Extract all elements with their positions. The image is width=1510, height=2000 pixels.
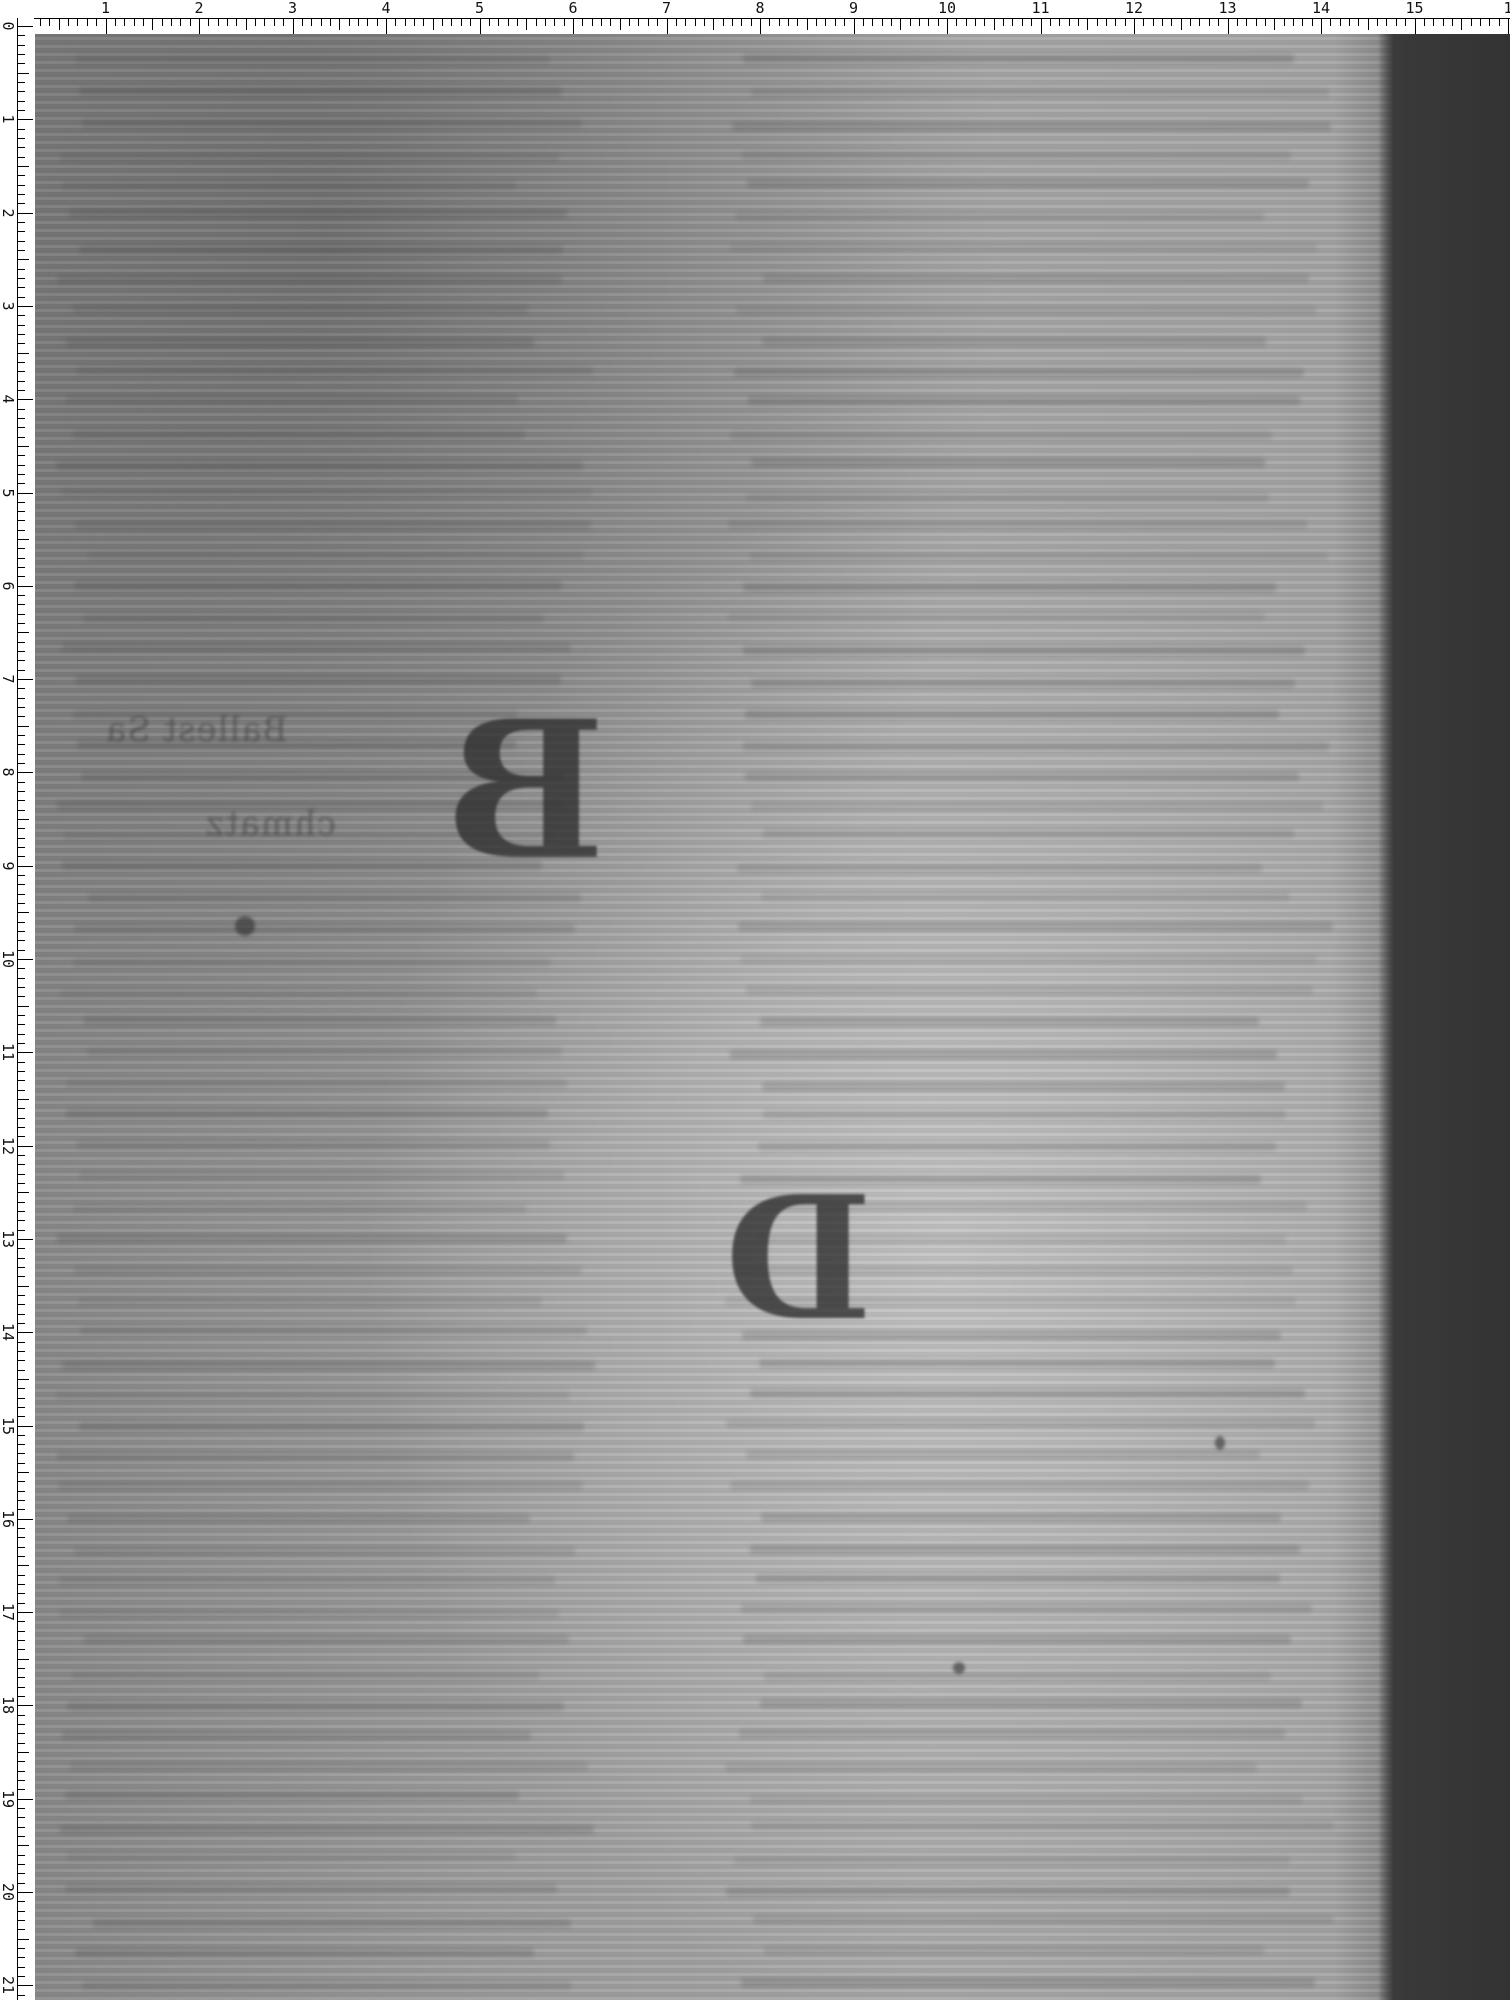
ruler-tick — [18, 1435, 25, 1436]
ruler-tick — [825, 19, 826, 26]
scanned-page: B D Ballest Sa chmatz — [35, 34, 1510, 2000]
ruler-tick — [18, 269, 25, 270]
ruler-label: 17 — [0, 1603, 16, 1621]
ruler-tick — [18, 912, 29, 913]
text-line — [734, 1856, 1290, 1865]
ruler-tick — [18, 129, 25, 130]
text-line — [60, 153, 560, 162]
ruler-label: 15 — [1405, 0, 1423, 16]
ruler-tick — [18, 558, 25, 559]
ruler-tick — [405, 19, 406, 26]
ruler-tick — [1125, 19, 1126, 26]
ruler-tick — [18, 698, 25, 699]
ruler-label: 8 — [0, 768, 16, 777]
text-line — [730, 1050, 1277, 1059]
ruler-tick — [18, 325, 25, 326]
ruler-tick — [1031, 19, 1032, 26]
ruler-tick — [657, 19, 658, 26]
ruler-tick — [18, 1239, 33, 1240]
ruler-tick — [18, 604, 25, 605]
ruler-tick — [18, 157, 25, 158]
ruler-tick — [18, 1314, 25, 1315]
ruler-tick — [508, 19, 509, 26]
ruler-tick — [18, 1901, 25, 1902]
ruler-tick — [18, 1444, 25, 1445]
ruler-tick — [1452, 19, 1453, 26]
text-line — [57, 275, 562, 284]
ruler-label: 1 — [0, 115, 16, 124]
ruler-tick — [18, 1155, 25, 1156]
ruler-tick — [480, 19, 481, 34]
text-line — [750, 1389, 1305, 1398]
text-line — [728, 520, 1307, 529]
ruler-tick — [414, 19, 415, 26]
text-line — [730, 1481, 1309, 1490]
ruler-tick — [18, 1099, 29, 1100]
text-line — [65, 1884, 557, 1893]
ruler-tick — [162, 19, 163, 26]
ruler-tick — [882, 19, 883, 26]
text-line — [751, 458, 1265, 467]
ruler-tick — [1405, 19, 1406, 26]
text-line — [728, 612, 1264, 621]
ruler-tick — [470, 19, 471, 26]
ruler-tick — [18, 203, 25, 204]
ruler-tick — [1106, 19, 1107, 26]
ruler-tick — [704, 19, 705, 26]
ruler-tick — [302, 19, 303, 26]
ruler-tick — [106, 19, 107, 34]
ruler-tick — [18, 1276, 25, 1277]
ruler-label: 8 — [755, 0, 764, 16]
text-line — [84, 1635, 569, 1644]
text-line — [80, 1326, 587, 1335]
ruler-label: 7 — [662, 0, 671, 16]
ruler-tick — [18, 147, 25, 148]
ruler-tick — [779, 19, 780, 26]
ruler-tick — [18, 800, 25, 801]
horizontal-ruler: 01234567891011121314151 — [0, 0, 1510, 34]
ruler-tick — [1461, 19, 1462, 30]
ruler-tick — [18, 1752, 29, 1753]
ruler-tick — [18, 1715, 25, 1716]
ruler-label: 6 — [568, 0, 577, 16]
text-line — [66, 1109, 548, 1118]
ruler-tick — [18, 437, 25, 438]
ruler-tick — [18, 390, 25, 391]
ruler-tick — [18, 735, 25, 736]
ruler-tick — [18, 1939, 29, 1940]
ruler-tick — [1499, 19, 1500, 26]
text-line — [732, 122, 1331, 131]
text-line — [730, 431, 1272, 440]
ruler-tick — [816, 19, 817, 26]
text-line — [74, 581, 562, 590]
text-line — [746, 1450, 1259, 1459]
ruler-tick — [461, 19, 462, 26]
text-line — [762, 337, 1266, 346]
ruler-tick — [620, 19, 621, 30]
text-line — [746, 493, 1268, 502]
ruler-tick — [18, 1230, 25, 1231]
ruler-tick — [18, 1873, 25, 1874]
ruler-tick — [18, 465, 25, 466]
ruler-tick — [1265, 19, 1266, 26]
ruler-tick — [956, 19, 957, 26]
ruler-baseline — [17, 18, 1510, 19]
ruler-tick — [18, 1034, 25, 1035]
ruler-tick — [18, 772, 33, 773]
ruler-tick — [18, 1687, 25, 1688]
ruler-tick — [536, 19, 537, 26]
ruler-tick — [18, 343, 25, 344]
text-line — [759, 1359, 1275, 1368]
ruler-tick — [1190, 19, 1191, 26]
ruler-tick — [1321, 19, 1322, 34]
text-line — [751, 802, 1322, 811]
text-line — [79, 1422, 584, 1431]
ruler-tick — [18, 623, 25, 624]
ruler-tick — [124, 19, 125, 26]
ruler-tick — [49, 19, 50, 26]
ruler-tick — [18, 1286, 29, 1287]
ruler-tick — [18, 1640, 25, 1641]
ruler-tick — [938, 19, 939, 26]
ruler-tick — [18, 231, 25, 232]
ruler-tick — [339, 19, 340, 30]
text-line — [758, 1142, 1276, 1151]
text-line — [60, 1825, 594, 1834]
ruler-tick — [208, 19, 209, 26]
ruler-tick — [18, 576, 25, 577]
ruler-tick — [667, 19, 668, 34]
ruler-label: 4 — [381, 0, 390, 16]
ruler-tick — [489, 19, 490, 26]
ruler-label: 14 — [1312, 0, 1330, 16]
text-line — [75, 55, 551, 64]
ruler-label: 10 — [0, 950, 16, 968]
text-line — [751, 679, 1295, 688]
text-line — [66, 1079, 567, 1088]
text-line — [739, 1729, 1285, 1738]
text-line — [77, 366, 593, 375]
ruler-tick — [1415, 19, 1416, 34]
ruler-tick — [18, 1537, 25, 1538]
ruler-tick — [18, 1174, 25, 1175]
ruler-tick — [18, 1043, 25, 1044]
ruler-tick — [18, 1724, 25, 1725]
ruler-tick — [18, 922, 25, 923]
ruler-tick — [18, 1398, 25, 1399]
ruler-tick — [18, 306, 33, 307]
text-line — [746, 986, 1312, 995]
text-line — [751, 1821, 1334, 1830]
ruler-label: 3 — [288, 0, 297, 16]
text-line — [726, 1419, 1316, 1428]
ruler-tick — [601, 19, 602, 26]
ruler-tick — [18, 91, 25, 92]
ruler-tick — [18, 968, 25, 969]
ruler-tick — [751, 19, 752, 26]
ruler-tick — [732, 19, 733, 26]
ruler-tick — [18, 866, 33, 867]
ruler-tick — [1134, 19, 1135, 34]
ruler-label: 7 — [0, 675, 16, 684]
text-line — [66, 338, 534, 347]
text-line — [62, 643, 570, 652]
ruler-tick — [610, 19, 611, 26]
ruler-tick — [18, 1957, 25, 1958]
ruler-tick — [59, 19, 60, 30]
ruler-tick — [18, 1911, 25, 1912]
ruler-tick — [18, 1015, 25, 1016]
ruler-tick — [18, 1845, 29, 1846]
ruler-tick — [18, 688, 25, 689]
ruler-tick — [18, 754, 25, 755]
ruler-tick — [18, 101, 25, 102]
ruler-tick — [442, 19, 443, 26]
ruler-tick — [928, 19, 929, 26]
ruler-tick — [18, 1892, 33, 1893]
ruler-tick — [554, 19, 555, 26]
ruler-tick — [330, 19, 331, 26]
ruler-tick — [18, 1108, 25, 1109]
ruler-tick — [1003, 19, 1004, 26]
ruler-tick — [18, 539, 29, 540]
ruler-tick — [18, 1248, 25, 1249]
ruler-tick — [18, 315, 25, 316]
ruler-tick — [1293, 19, 1294, 26]
ruler-tick — [18, 1323, 25, 1324]
ruler-tick — [18, 884, 25, 885]
ruler-tick — [18, 856, 25, 857]
ruler-tick — [40, 19, 41, 26]
ruler-tick — [648, 19, 649, 26]
ruler-tick — [769, 19, 770, 26]
text-line — [741, 955, 1317, 964]
text-line — [741, 1978, 1316, 1987]
ruler-label: 11 — [1031, 0, 1049, 16]
ruler-tick — [18, 474, 25, 475]
ruler-label: 1 — [101, 0, 110, 16]
ruler-tick — [18, 222, 25, 223]
ruler-tick — [18, 707, 25, 708]
ruler-tick — [18, 1631, 25, 1632]
ruler-tick — [18, 1360, 25, 1361]
ruler-tick — [863, 19, 864, 26]
ruler-tick — [1471, 19, 1472, 26]
text-line — [73, 430, 525, 439]
ruler-tick — [18, 1453, 25, 1454]
ruler-tick — [1209, 19, 1210, 26]
ruler-label: 12 — [1125, 0, 1143, 16]
ruler-tick — [18, 1332, 33, 1333]
ruler-tick — [788, 19, 789, 26]
ruler-tick — [18, 1855, 25, 1856]
ruler-tick — [966, 19, 967, 26]
ruler-tick — [18, 427, 25, 428]
ruler-label: 18 — [0, 1696, 16, 1714]
ruler-tick — [18, 1976, 25, 1977]
text-line — [743, 742, 1329, 751]
ruler-tick — [18, 399, 33, 400]
ruler-tick — [18, 1733, 25, 1734]
text-line — [751, 88, 1329, 97]
ruler-tick — [18, 903, 25, 904]
ruler-tick — [18, 1062, 25, 1063]
ruler-tick — [18, 1370, 25, 1371]
ruler-tick — [18, 455, 25, 456]
ruler-tick — [18, 1006, 29, 1007]
ruler-tick — [517, 19, 518, 26]
ruler-tick — [18, 73, 29, 74]
ruler-tick — [18, 670, 25, 671]
ruler-tick — [18, 1789, 25, 1790]
ruler-label: 9 — [0, 861, 16, 870]
ruler-tick — [891, 19, 892, 26]
ruler-tick — [1199, 19, 1200, 26]
text-line — [761, 1513, 1282, 1522]
ruler-tick — [18, 1995, 25, 1996]
text-line — [67, 1852, 515, 1861]
ruler-tick — [18, 35, 25, 36]
ruler-label: 15 — [0, 1416, 16, 1434]
ruler-tick — [18, 614, 25, 615]
text-line — [750, 1795, 1303, 1804]
text-line — [737, 864, 1262, 873]
ruler-tick — [1508, 19, 1509, 34]
ruler-tick — [18, 1202, 25, 1203]
ruler-tick — [18, 381, 25, 382]
ruler-label: 2 — [194, 0, 203, 16]
text-line — [763, 274, 1309, 283]
text-line — [762, 1082, 1286, 1091]
ruler-tick — [18, 1024, 25, 1025]
text-line — [750, 552, 1328, 561]
ruler-tick — [18, 838, 25, 839]
text-line — [743, 646, 1305, 655]
ruler-tick — [18, 744, 25, 745]
ruler-label: 2 — [0, 208, 16, 217]
ruler-tick — [1237, 19, 1238, 26]
text-line — [764, 1672, 1271, 1681]
ruler-tick — [18, 278, 25, 279]
ruler-tick — [685, 19, 686, 26]
ruler-tick — [984, 19, 985, 26]
text-line — [70, 1762, 588, 1771]
ruler-tick — [592, 19, 593, 26]
text-line — [72, 1671, 539, 1680]
ruler-tick — [18, 940, 25, 941]
ruler-tick — [18, 362, 25, 363]
ruler-tick — [18, 1136, 25, 1137]
ruler-tick — [18, 810, 25, 811]
ruler-tick — [87, 19, 88, 26]
ruler-tick — [18, 1827, 25, 1828]
ruler-tick — [18, 828, 25, 829]
ruler-tick — [18, 1258, 25, 1259]
ruler-tick — [18, 1519, 33, 1520]
ruler-tick — [18, 1817, 25, 1818]
text-line — [79, 87, 563, 96]
ruler-tick — [18, 483, 25, 484]
text-line — [742, 151, 1291, 160]
ruler-tick — [18, 763, 25, 764]
ruler-tick — [236, 19, 237, 26]
ruler-tick — [18, 1500, 25, 1501]
ruler-tick — [18, 1967, 25, 1968]
ruler-tick — [1181, 19, 1182, 30]
text-line — [59, 1609, 559, 1618]
ruler-label: 21 — [0, 1976, 16, 1994]
ruler-tick — [1424, 19, 1425, 26]
ruler-tick — [18, 894, 25, 895]
ruler-label: 14 — [0, 1323, 16, 1341]
ruler-tick — [18, 978, 25, 979]
text-line — [84, 614, 544, 623]
text-line — [73, 1204, 526, 1213]
text-line — [84, 1016, 555, 1025]
ruler-tick — [18, 1621, 25, 1622]
ruler-tick — [18, 259, 29, 260]
ruler-tick — [1489, 19, 1490, 26]
text-line — [57, 1452, 574, 1461]
text-line — [65, 1791, 519, 1800]
ruler-tick — [18, 1342, 25, 1343]
ruler-tick — [18, 791, 25, 792]
ruler-tick — [18, 567, 25, 568]
ruler-tick — [1078, 19, 1079, 26]
ruler-tick — [18, 1864, 25, 1865]
ruler-tick — [18, 1052, 33, 1053]
ink-stain — [235, 916, 255, 936]
ruler-tick — [582, 19, 583, 26]
ruler-tick — [18, 1780, 25, 1781]
ruler-tick — [18, 297, 25, 298]
ruler-tick — [451, 19, 452, 26]
ruler-tick — [975, 19, 976, 26]
text-line — [66, 395, 519, 404]
text-line — [74, 1547, 575, 1556]
ruler-tick — [18, 1920, 25, 1921]
ruler-tick — [526, 19, 527, 30]
text-line — [93, 1919, 571, 1928]
ruler-tick — [844, 19, 845, 26]
ruler-tick — [1256, 19, 1257, 26]
ruler-tick — [18, 1584, 25, 1585]
ruler-tick — [18, 520, 25, 521]
text-line — [750, 1545, 1301, 1554]
ruler-tick — [349, 19, 350, 26]
text-line — [760, 1699, 1302, 1708]
ruler-tick — [274, 19, 275, 26]
ruler-tick — [18, 530, 25, 531]
ruler-tick — [18, 1146, 33, 1147]
text-line — [756, 1574, 1279, 1583]
ruler-tick — [629, 19, 630, 26]
ruler-tick — [18, 950, 25, 951]
ruler-tick — [18, 959, 33, 960]
ruler-tick — [854, 19, 855, 34]
ruler-tick — [18, 1677, 25, 1678]
ruler-tick — [564, 19, 565, 26]
ruler-tick — [18, 185, 25, 186]
text-line — [734, 368, 1304, 377]
ruler-tick — [18, 651, 25, 652]
ruler-tick — [18, 595, 25, 596]
ruler-tick — [255, 19, 256, 26]
ruler-tick — [18, 1388, 25, 1389]
